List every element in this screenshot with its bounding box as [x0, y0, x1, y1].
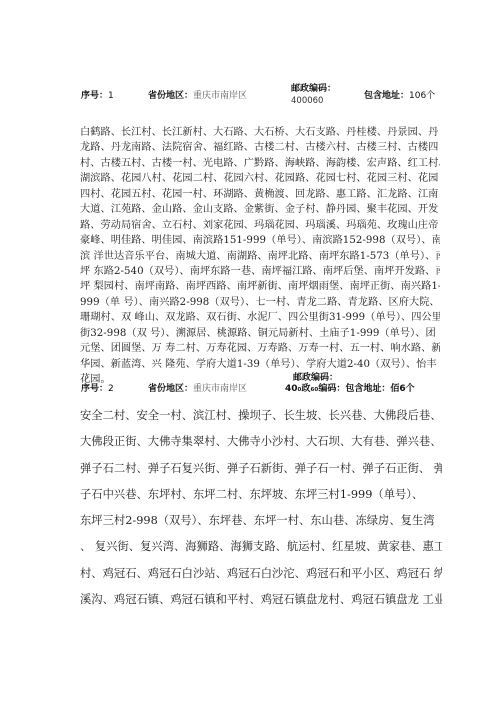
record2-region-value: 重庆市南岸区	[193, 384, 247, 394]
record1-region-value: 重庆市南岸区	[193, 91, 247, 101]
record1-seq-label: 序号：	[81, 91, 108, 101]
address-line: 安全二村、安全一村、滨江村、操坝子、长生坡、长兴巷、大佛段后巷、	[80, 403, 442, 429]
address-line: 、 复兴街、复兴湾、海狮路、海狮支路、航运村、红星坡、黄家巷、惠工	[80, 534, 442, 560]
record1-postal-value: 400060	[291, 96, 323, 106]
record2-marker: ，	[86, 368, 94, 379]
record2-postal-count-overlap: 40₀政₆₀编码：包含地址：佰6个	[285, 381, 415, 394]
record2-address-list: 安全二村、安全一村、滨江村、操坝子、长生坡、长兴巷、大佛段后巷、 大佛段正街、大…	[80, 403, 442, 613]
address-line: 坪 东路2-540（双号）、南坪东路一巷、南坪福江路、南坪后堡、南坪开发路、南	[80, 264, 440, 279]
address-line: 路、劳动局宿舍、立石村、刘家花园、玛瑙花园、玛瑙溪、玛瑙苑、玫瑰山庄帝	[80, 218, 440, 233]
address-line: 豪峰、明佳路、明佳园、南滨路151-999（单号）、南滨路152-998（双号）…	[80, 233, 440, 248]
record1-address-list: 白鹤路、长江村、长江新村、大石路、大石桥、大石支路、丹桂楼、丹景园、丹 龙路、丹…	[80, 125, 440, 387]
record2-region-label: 省份地区：	[148, 384, 193, 394]
address-line: 大道、江苑路、金山路、金山支路、金紫街、金子村、静丹园、聚丰花园、开发	[80, 202, 440, 217]
record1-count-label: 包含地址：	[364, 91, 409, 101]
address-line: 街32-998（双 号）、溯源居、桃源路、铜元局新村、土庙子1-999（单号）、…	[80, 326, 440, 341]
address-line: 珊瑚村、双 峰山、双龙路、双石街、水泥厂、四公里街31-999（单号）、四公里	[80, 310, 440, 325]
address-line: 子石中兴巷、东坪村、东坪二村、东坪坡、东坪三村1-999（单号）、	[80, 482, 442, 508]
address-line: 湖滨路、花园八村、花园二村、花园六村、花园路、花园七村、花园三村、花园	[80, 171, 440, 186]
record1-seq: 序号：1	[81, 88, 114, 101]
record1-region-label: 省份地区：	[148, 91, 193, 101]
record2-seq: 序号：2	[81, 381, 114, 394]
address-line: 坪 梨园村、南坪南路、南坪西路、南坪新街、南坪烟雨堡、南坪正街、南兴路1-	[80, 279, 440, 294]
record1-count: 包含地址：106个	[364, 88, 435, 101]
address-line: 大佛段正街、大佛寺集翠村、大佛寺小沙村、大石坝、大有巷、弹兴巷、	[80, 429, 442, 455]
address-line: 弹子石二村、弹子石复兴街、弹子石新街、弹子石一村、弹子石正街、 弹	[80, 456, 442, 482]
address-line: 东坪三村2-998（双号）、东坪巷、东坪一村、东山巷、冻绿房、复生湾	[80, 508, 442, 534]
address-line: 四村、花园五村、花园一村、环湖路、黄桷渡、回龙路、惠工路、汇龙路、江南	[80, 187, 440, 202]
record1-region: 省份地区：重庆市南岸区	[148, 88, 247, 101]
record1-count-value: 106个	[409, 91, 435, 101]
record1-postal-label: 邮政编码：	[291, 81, 336, 94]
address-line: 元堡、团圆堡、万 寿二村、万寿花园、万寿路、万寿一村、五一村、响水路、新	[80, 341, 440, 356]
address-line: 999（单 号）、南兴路2-998（双号）、七一村、青龙二路、青龙路、区府大院、	[80, 295, 440, 310]
address-line: 村、古楼五村、古楼一村、光电路、广黔路、海峡路、海韵楼、宏声路、红工村、	[80, 156, 440, 171]
record2-region: 省份地区：重庆市南岸区	[148, 381, 247, 394]
address-line: 溪沟、鸡冠石镇、鸡冠石镇和平村、鸡冠石镇盘龙村、鸡冠石镇盘龙 工业	[80, 587, 442, 613]
record2-seq-value: 2	[108, 384, 114, 394]
address-line: 龙路、丹龙南路、法院宿舍、福红路、古楼二村、古楼六村、古楼三村、古楼四	[80, 140, 440, 155]
record1-seq-value: 1	[108, 91, 114, 101]
record2-seq-label: 序号：	[81, 384, 108, 394]
address-line: 华园、新蓝湾、兴 隆苑、学府大道1-39（单号）、学府大道2-40（双号）、怡丰	[80, 357, 440, 372]
address-line: 白鹤路、长江村、长江新村、大石路、大石桥、大石支路、丹桂楼、丹景园、丹	[80, 125, 440, 140]
address-line: 村、鸡冠石、鸡冠石白沙站、鸡冠石白沙沱、鸡冠石和平小区、鸡冠石 纳	[80, 561, 442, 587]
address-line: 滨 洋世达音乐平台、南城大道、南湖路、南坪北路、南坪东路1-573（单号）、南	[80, 249, 440, 264]
